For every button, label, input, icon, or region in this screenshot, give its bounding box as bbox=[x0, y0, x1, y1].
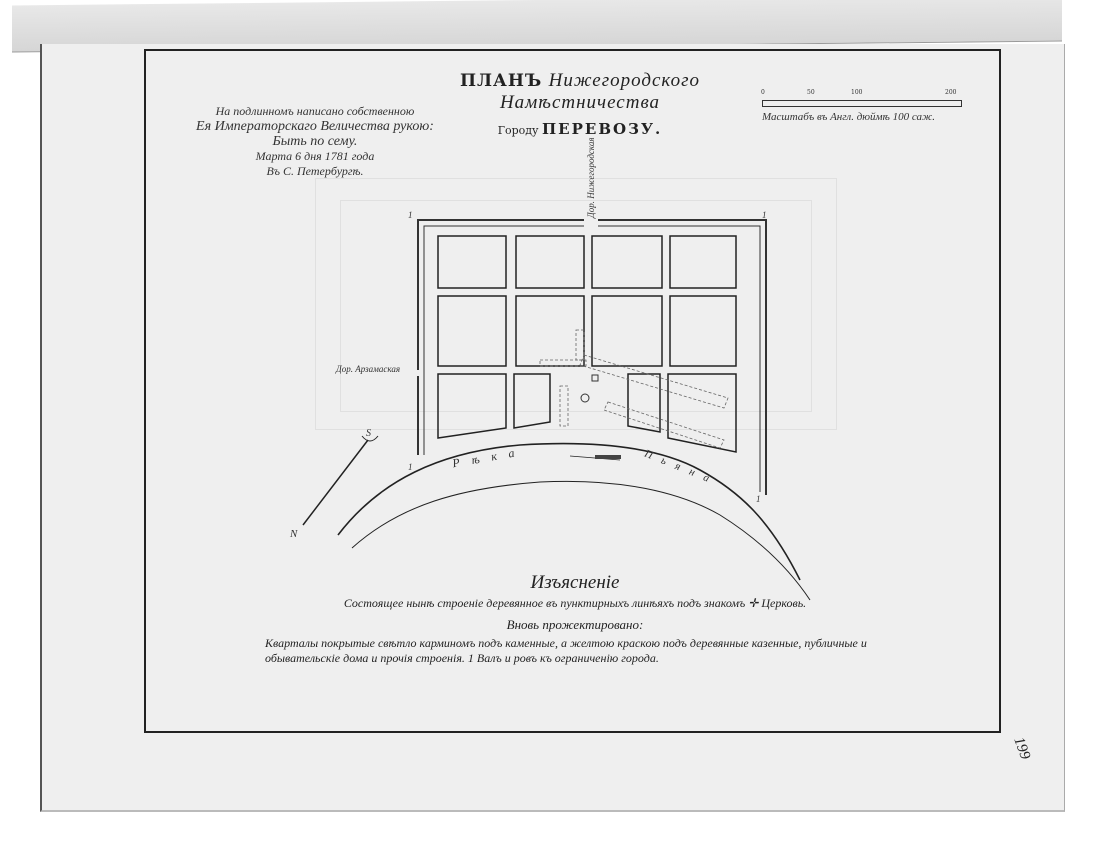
legend-explanation: Изъясненіе Состоящее нынѣ строеніе дерев… bbox=[160, 572, 990, 666]
legend-subheader: Вновь прожектировано: bbox=[160, 617, 990, 633]
existing-structures bbox=[540, 330, 728, 448]
rampart-marker: 1 bbox=[408, 462, 413, 472]
road-label-west: Дор. Арзамаская bbox=[336, 364, 400, 374]
town-plan-drawing bbox=[0, 0, 1100, 851]
compass-needle bbox=[303, 436, 378, 525]
legend-current-state: Состоящее нынѣ строеніе деревянное въ пу… bbox=[160, 596, 990, 611]
rampart-marker: 1 bbox=[756, 494, 761, 504]
rampart-marker: 1 bbox=[408, 210, 413, 220]
rampart-marker: 1 bbox=[762, 210, 767, 220]
church-icon bbox=[581, 375, 598, 402]
compass-north-label: N bbox=[290, 528, 297, 540]
legend-header: Изъясненіе bbox=[160, 572, 990, 594]
road-label-north: Дор. Нижегородская bbox=[586, 137, 596, 218]
legend-body: Кварталы покрытые свѣтло карминомъ подъ … bbox=[265, 636, 885, 666]
compass-south-label: S bbox=[366, 428, 371, 439]
city-blocks bbox=[438, 236, 736, 452]
